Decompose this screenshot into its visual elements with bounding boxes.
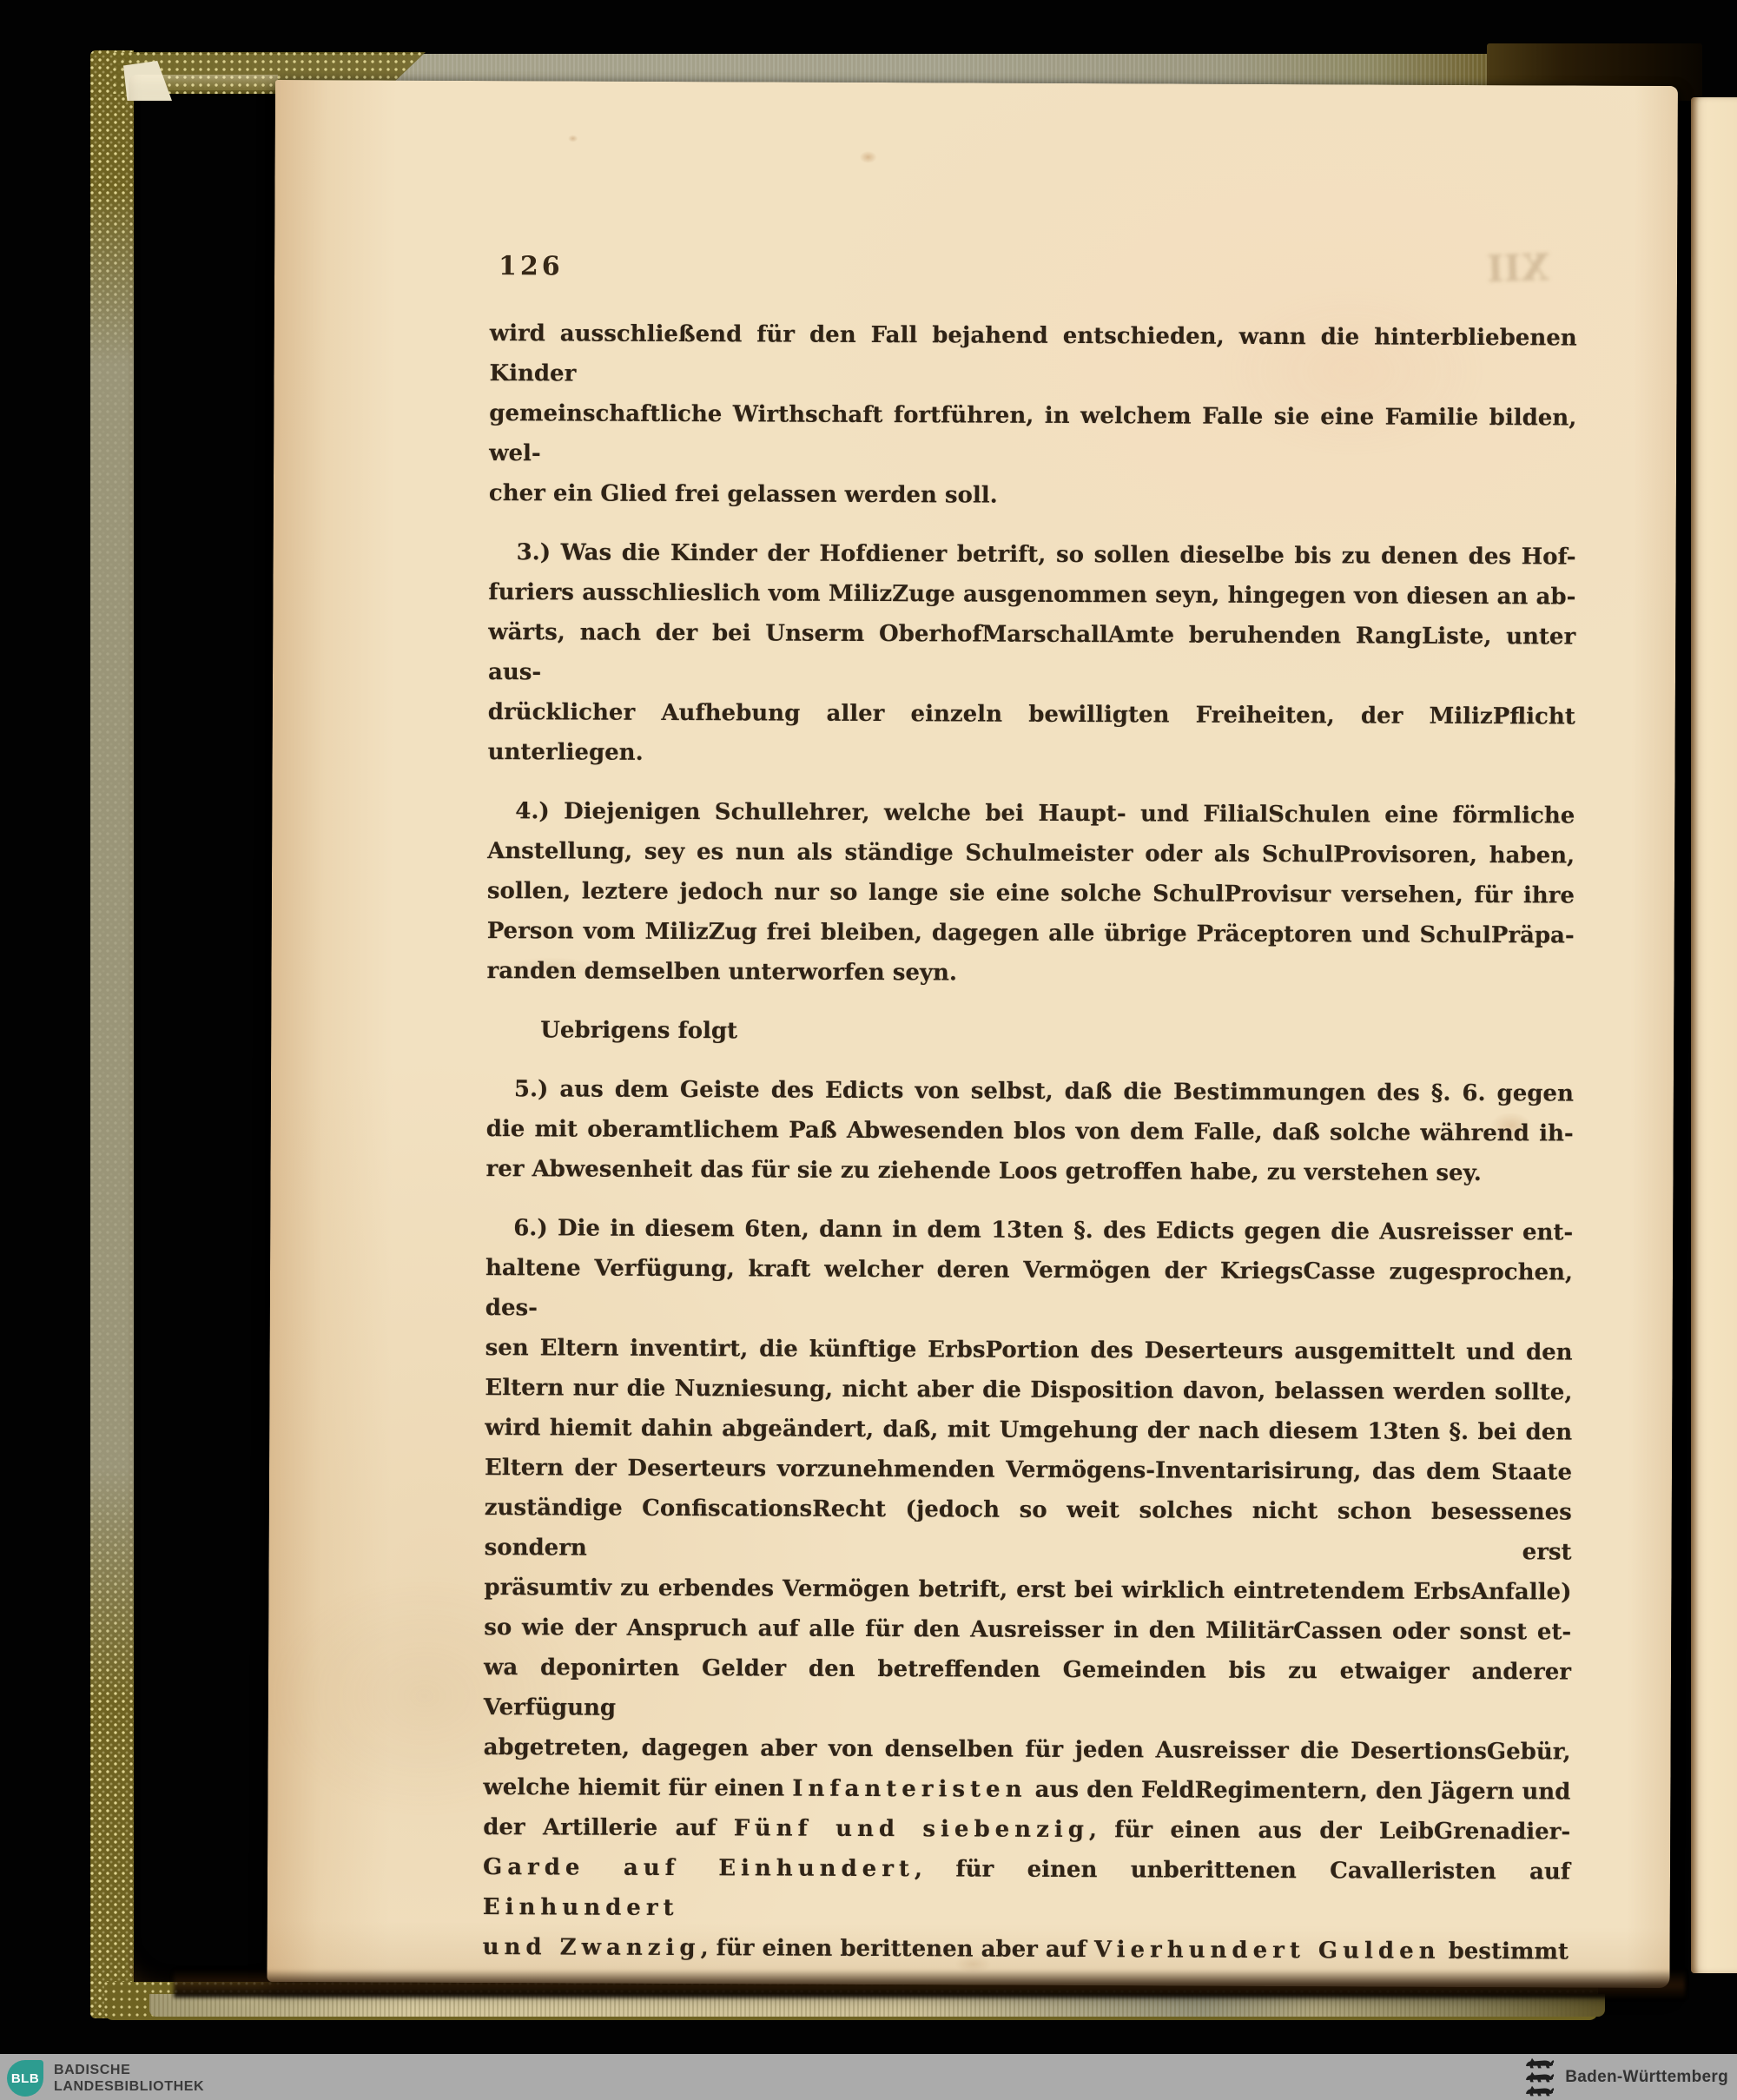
paragraph: 3.) Was die Kinder der Hofdiener betrift… bbox=[488, 532, 1576, 776]
paragraph: 5.) aus dem Geiste des Edicts von selbst… bbox=[485, 1069, 1574, 1193]
text-run: Eltern nur die Nuzniesung, nicht aber di… bbox=[485, 1375, 1572, 1405]
text-run: , für einen berittenen aber auf bbox=[701, 1935, 1094, 1963]
paragraph: 4.) Diejenigen Schullehrer, welche bei H… bbox=[486, 791, 1575, 995]
text-line: 4.) Diejenigen Schullehrer, welche bei H… bbox=[487, 791, 1575, 835]
text-run: 5.) aus dem Geiste des Edicts von selbst… bbox=[514, 1076, 1574, 1106]
library-name-line1: BADISCHE bbox=[54, 2062, 204, 2078]
text-run: , für einen aus der LeibGrenadier- bbox=[1089, 1817, 1570, 1845]
text-run: Uebrigens folgt bbox=[540, 1017, 737, 1044]
text-run: sollen, leztere jedoch nur so lange sie … bbox=[487, 878, 1575, 908]
text-line: und Zwanzig, für einen berittenen aber a… bbox=[483, 1927, 1570, 1971]
library-footer-bar: BLB BADISCHE LANDESBIBLIOTHEK Baden-Würt… bbox=[0, 2054, 1737, 2100]
text-line: 5.) aus dem Geiste des Edicts von selbst… bbox=[486, 1069, 1574, 1113]
paragraph: 6.) Die in diesem 6ten, dann in dem 13te… bbox=[483, 1208, 1574, 1971]
text-run: die mit oberamtlichem Paß Abwesenden blo… bbox=[486, 1116, 1574, 1146]
text-line: zuständige ConfiscationsRecht (jedoch so… bbox=[485, 1488, 1572, 1572]
book-page: XII 126 wird ausschließend für den Fall … bbox=[267, 80, 1678, 1988]
baden-wuerttemberg-label: Baden-Württemberg bbox=[1565, 2068, 1728, 2087]
paragraph: Uebrigens folgt bbox=[486, 1010, 1574, 1054]
text-run: randen demselben unterworfen seyn. bbox=[486, 958, 957, 986]
text-run: Person vom MilizZug frei bleiben, dagege… bbox=[487, 918, 1575, 948]
baden-wuerttemberg-coat-of-arms-icon bbox=[1523, 2057, 1555, 2098]
text-run: wird hiemit dahin abgeändert, daß, mit U… bbox=[485, 1415, 1572, 1445]
text-line: wird hiemit dahin abgeändert, daß, mit U… bbox=[485, 1408, 1572, 1452]
text-line: 6.) Die in diesem 6ten, dann in dem 13te… bbox=[485, 1208, 1573, 1252]
text-run: rer Abwesenheit das für sie zu ziehende … bbox=[485, 1156, 1481, 1186]
text-run: präsumtiv zu erbendes Vermögen betrift, … bbox=[484, 1575, 1571, 1605]
text-run: Eltern der Deserteurs vorzunehmenden Ver… bbox=[485, 1455, 1572, 1485]
page-bottom-shadow bbox=[174, 1970, 1685, 1998]
text-run: haltene Verfügung, kraft welcher deren V… bbox=[485, 1255, 1573, 1321]
text-line: Anstellung, sey es nun als ständige Schu… bbox=[487, 831, 1575, 875]
text-line: sollen, leztere jedoch nur so lange sie … bbox=[487, 871, 1575, 915]
text-run: Fünf und siebenzig bbox=[734, 1815, 1089, 1843]
text-line: wa deponirten Gelder den betreffenden Ge… bbox=[484, 1648, 1571, 1732]
text-run: wärts, nach der bei Unserm OberhofMarsch… bbox=[488, 619, 1575, 685]
text-line: cher ein Glied frei gelassen werden soll… bbox=[489, 473, 1576, 518]
facing-page-edge bbox=[1691, 97, 1737, 1973]
text-run: 3.) Was die Kinder der Hofdiener betrift… bbox=[517, 539, 1576, 570]
text-line: furiers ausschlieslich vom MilizZuge aus… bbox=[488, 572, 1575, 617]
ink-bleedthrough-text: XII bbox=[1486, 246, 1549, 290]
text-run: drücklicher Aufhebung aller einzeln bewi… bbox=[488, 699, 1575, 766]
blb-logo-text: BLB bbox=[11, 2071, 39, 2086]
text-run: aus den FeldRegimentern, den Jägern und bbox=[1027, 1777, 1570, 1806]
text-line: wird ausschließend für den Fall bejahend… bbox=[489, 314, 1576, 398]
text-run: so wie der Anspruch auf alle für den Aus… bbox=[484, 1615, 1571, 1645]
baden-wuerttemberg-block: Baden-Württemberg bbox=[1523, 2057, 1728, 2097]
text-run: wird ausschließend für den Fall bejahend… bbox=[489, 320, 1576, 386]
text-run: Infanteristen bbox=[792, 1776, 1027, 1803]
text-run: Einhundert bbox=[483, 1894, 679, 1921]
text-line: rer Abwesenheit das für sie zu ziehende … bbox=[485, 1149, 1573, 1193]
text-run: 4.) Diejenigen Schullehrer, welche bei H… bbox=[515, 798, 1575, 829]
text-run: Anstellung, sey es nun als ständige Schu… bbox=[487, 838, 1575, 868]
text-line: Uebrigens folgt bbox=[486, 1010, 1574, 1054]
text-line: Eltern nur die Nuzniesung, nicht aber di… bbox=[485, 1368, 1572, 1412]
text-run: sen Eltern inventirt, die künftige ErbsP… bbox=[485, 1335, 1573, 1365]
library-name-line2: LANDESBIBLIOTHEK bbox=[54, 2078, 204, 2095]
text-run: welche hiemit für einen bbox=[483, 1774, 792, 1802]
text-line: wärts, nach der bei Unserm OberhofMarsch… bbox=[488, 612, 1575, 697]
library-name: BADISCHE LANDESBIBLIOTHEK bbox=[54, 2062, 204, 2095]
text-line: der Artillerie auf Fünf und siebenzig, f… bbox=[483, 1807, 1570, 1852]
text-run: zuständige ConfiscationsRecht (jedoch so… bbox=[485, 1495, 1572, 1565]
text-line: die mit oberamtlichem Paß Abwesenden blo… bbox=[486, 1109, 1574, 1153]
text-line: präsumtiv zu erbendes Vermögen betrift, … bbox=[484, 1568, 1571, 1612]
text-run: wa deponirten Gelder den betreffenden Ge… bbox=[484, 1654, 1571, 1721]
text-run: bestimmt bbox=[1440, 1938, 1568, 1965]
text-run: gemeinschaftliche Wirthschaft fortführen… bbox=[489, 400, 1576, 466]
text-line: Person vom MilizZug frei bleiben, dagege… bbox=[487, 911, 1575, 955]
text-run: Vierhundert Gulden bbox=[1094, 1937, 1441, 1965]
page-stack-fore-edge bbox=[129, 75, 278, 1999]
page-number: 126 bbox=[499, 251, 564, 281]
digitized-book-page-scan: XII 126 wird ausschließend für den Fall … bbox=[0, 0, 1737, 2100]
text-run: cher ein Glied frei gelassen werden soll… bbox=[489, 480, 998, 509]
text-line: 3.) Was die Kinder der Hofdiener betrift… bbox=[489, 532, 1576, 577]
text-run: , für einen unberittenen Cavalleristen a… bbox=[915, 1856, 1570, 1885]
text-run: furiers ausschlieslich vom MilizZuge aus… bbox=[488, 579, 1575, 610]
text-line: so wie der Anspruch auf alle für den Aus… bbox=[484, 1608, 1571, 1652]
text-line: haltene Verfügung, kraft welcher deren V… bbox=[485, 1248, 1573, 1332]
text-line: welche hiemit für einen Infanteristen au… bbox=[483, 1767, 1570, 1812]
text-line: Eltern der Deserteurs vorzunehmenden Ver… bbox=[485, 1448, 1572, 1492]
text-line: randen demselben unterworfen seyn. bbox=[486, 951, 1574, 995]
text-run: und Zwanzig bbox=[483, 1934, 701, 1961]
text-run: Garde auf Einhundert bbox=[483, 1854, 915, 1882]
text-line: abgetreten, dagegen aber von denselben f… bbox=[484, 1727, 1571, 1772]
text-line: gemeinschaftliche Wirthschaft fortführen… bbox=[489, 393, 1576, 478]
blb-logo: BLB bbox=[7, 2060, 43, 2097]
book-cover-lining bbox=[90, 50, 134, 2018]
text-run: 6.) Die in diesem 6ten, dann in dem 13te… bbox=[513, 1215, 1573, 1245]
text-line: drücklicher Aufhebung aller einzeln bewi… bbox=[488, 692, 1575, 776]
paragraph: wird ausschließend für den Fall bejahend… bbox=[489, 314, 1577, 518]
book-cover-fabric-left bbox=[90, 50, 134, 2018]
text-line: sen Eltern inventirt, die künftige ErbsP… bbox=[485, 1328, 1573, 1372]
text-run: abgetreten, dagegen aber von denselben f… bbox=[484, 1734, 1571, 1765]
text-block: wird ausschließend für den Fall bejahend… bbox=[482, 314, 1576, 1991]
text-run: der Artillerie auf bbox=[483, 1814, 734, 1841]
text-line: Garde auf Einhundert, für einen unberitt… bbox=[483, 1847, 1570, 1932]
